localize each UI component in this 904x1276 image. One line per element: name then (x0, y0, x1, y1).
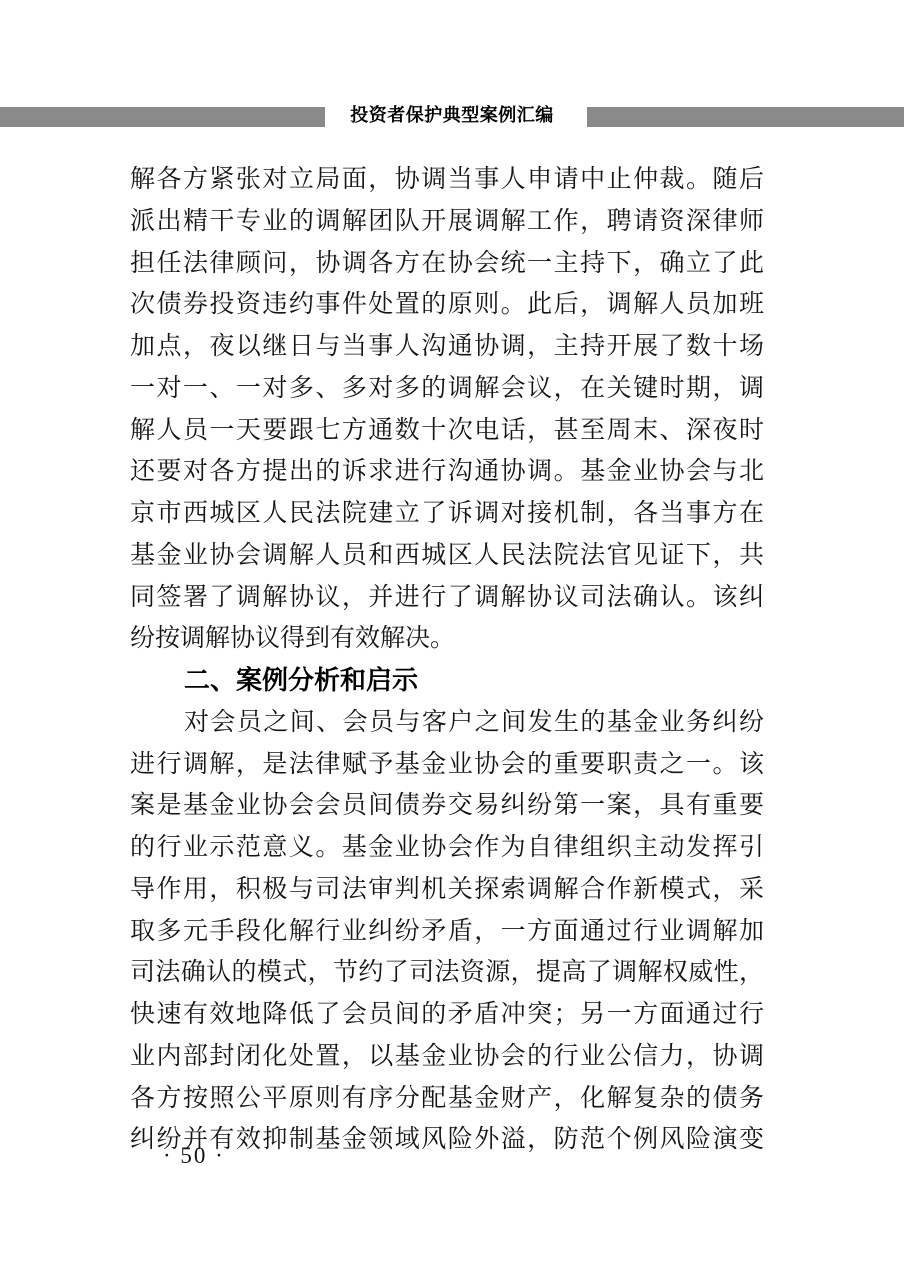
body-text-line: 担任法律顾问，协调各方在协会统一主持下，确立了此 (130, 243, 764, 285)
document-page: 投资者保护典型案例汇编 解各方紧张对立局面，协调当事人申请中止仲裁。随后派出精干… (0, 0, 904, 1276)
header-rule-right (587, 107, 904, 127)
body-text-line: 纷按调解协议得到有效解决。 (130, 618, 764, 660)
body-text-line: 快速有效地降低了会员间的矛盾冲突；另一方面通过行 (130, 994, 764, 1036)
body-text-line: 京市西城区人民法院建立了诉调对接机制，各当事方在 (130, 493, 764, 535)
body-text-line: 次债券投资违约事件处置的原则。此后，调解人员加班 (130, 284, 764, 326)
section-heading: 二、案例分析和启示 (130, 660, 764, 702)
body-text-line: 进行调解，是法律赋予基金业协会的重要职责之一。该 (130, 744, 764, 786)
body-text-line: 解人员一天要跟七方通数十次电话，甚至周末、深夜时 (130, 410, 764, 452)
body-text-line: 业内部封闭化处置，以基金业协会的行业公信力，协调 (130, 1036, 764, 1078)
body-text-line: 一对一、一对多、多对多的调解会议，在关键时期，调 (130, 368, 764, 410)
body-text-line: 取多元手段化解行业纠纷矛盾，一方面通过行业调解加 (130, 911, 764, 953)
body-text-line: 派出精干专业的调解团队开展调解工作，聘请资深律师 (130, 201, 764, 243)
body-text-line: 案是基金业协会会员间债券交易纠纷第一案，具有重要 (130, 785, 764, 827)
body-text-line: 基金业协会调解人员和西城区人民法院法官见证下，共 (130, 535, 764, 577)
body-text-line: 解各方紧张对立局面，协调当事人申请中止仲裁。随后 (130, 159, 764, 201)
body-text-line: 各方按照公平原则有序分配基金财产，化解复杂的债务 (130, 1078, 764, 1120)
body-text-line: 加点，夜以继日与当事人沟通协调，主持开展了数十场 (130, 326, 764, 368)
body-text-line: 导作用，积极与司法审判机关探索调解合作新模式，采 (130, 869, 764, 911)
body-text-line: 还要对各方提出的诉求进行沟通协调。基金业协会与北 (130, 451, 764, 493)
body-text-line: 的行业示范意义。基金业协会作为自律组织主动发挥引 (130, 827, 764, 869)
body-text-line: 司法确认的模式，节约了司法资源，提高了调解权威性， (130, 952, 764, 994)
body-text-line: 同签署了调解协议，并进行了调解协议司法确认。该纠 (130, 577, 764, 619)
body-text-line: 对会员之间、会员与客户之间发生的基金业务纠纷 (130, 702, 764, 744)
body-text-line: 纠纷并有效抑制基金领域风险外溢，防范个例风险演变 (130, 1119, 764, 1161)
body-text-block: 解各方紧张对立局面，协调当事人申请中止仲裁。随后派出精干专业的调解团队开展调解工… (130, 159, 764, 1161)
page-number: · 50 · (163, 1141, 225, 1171)
